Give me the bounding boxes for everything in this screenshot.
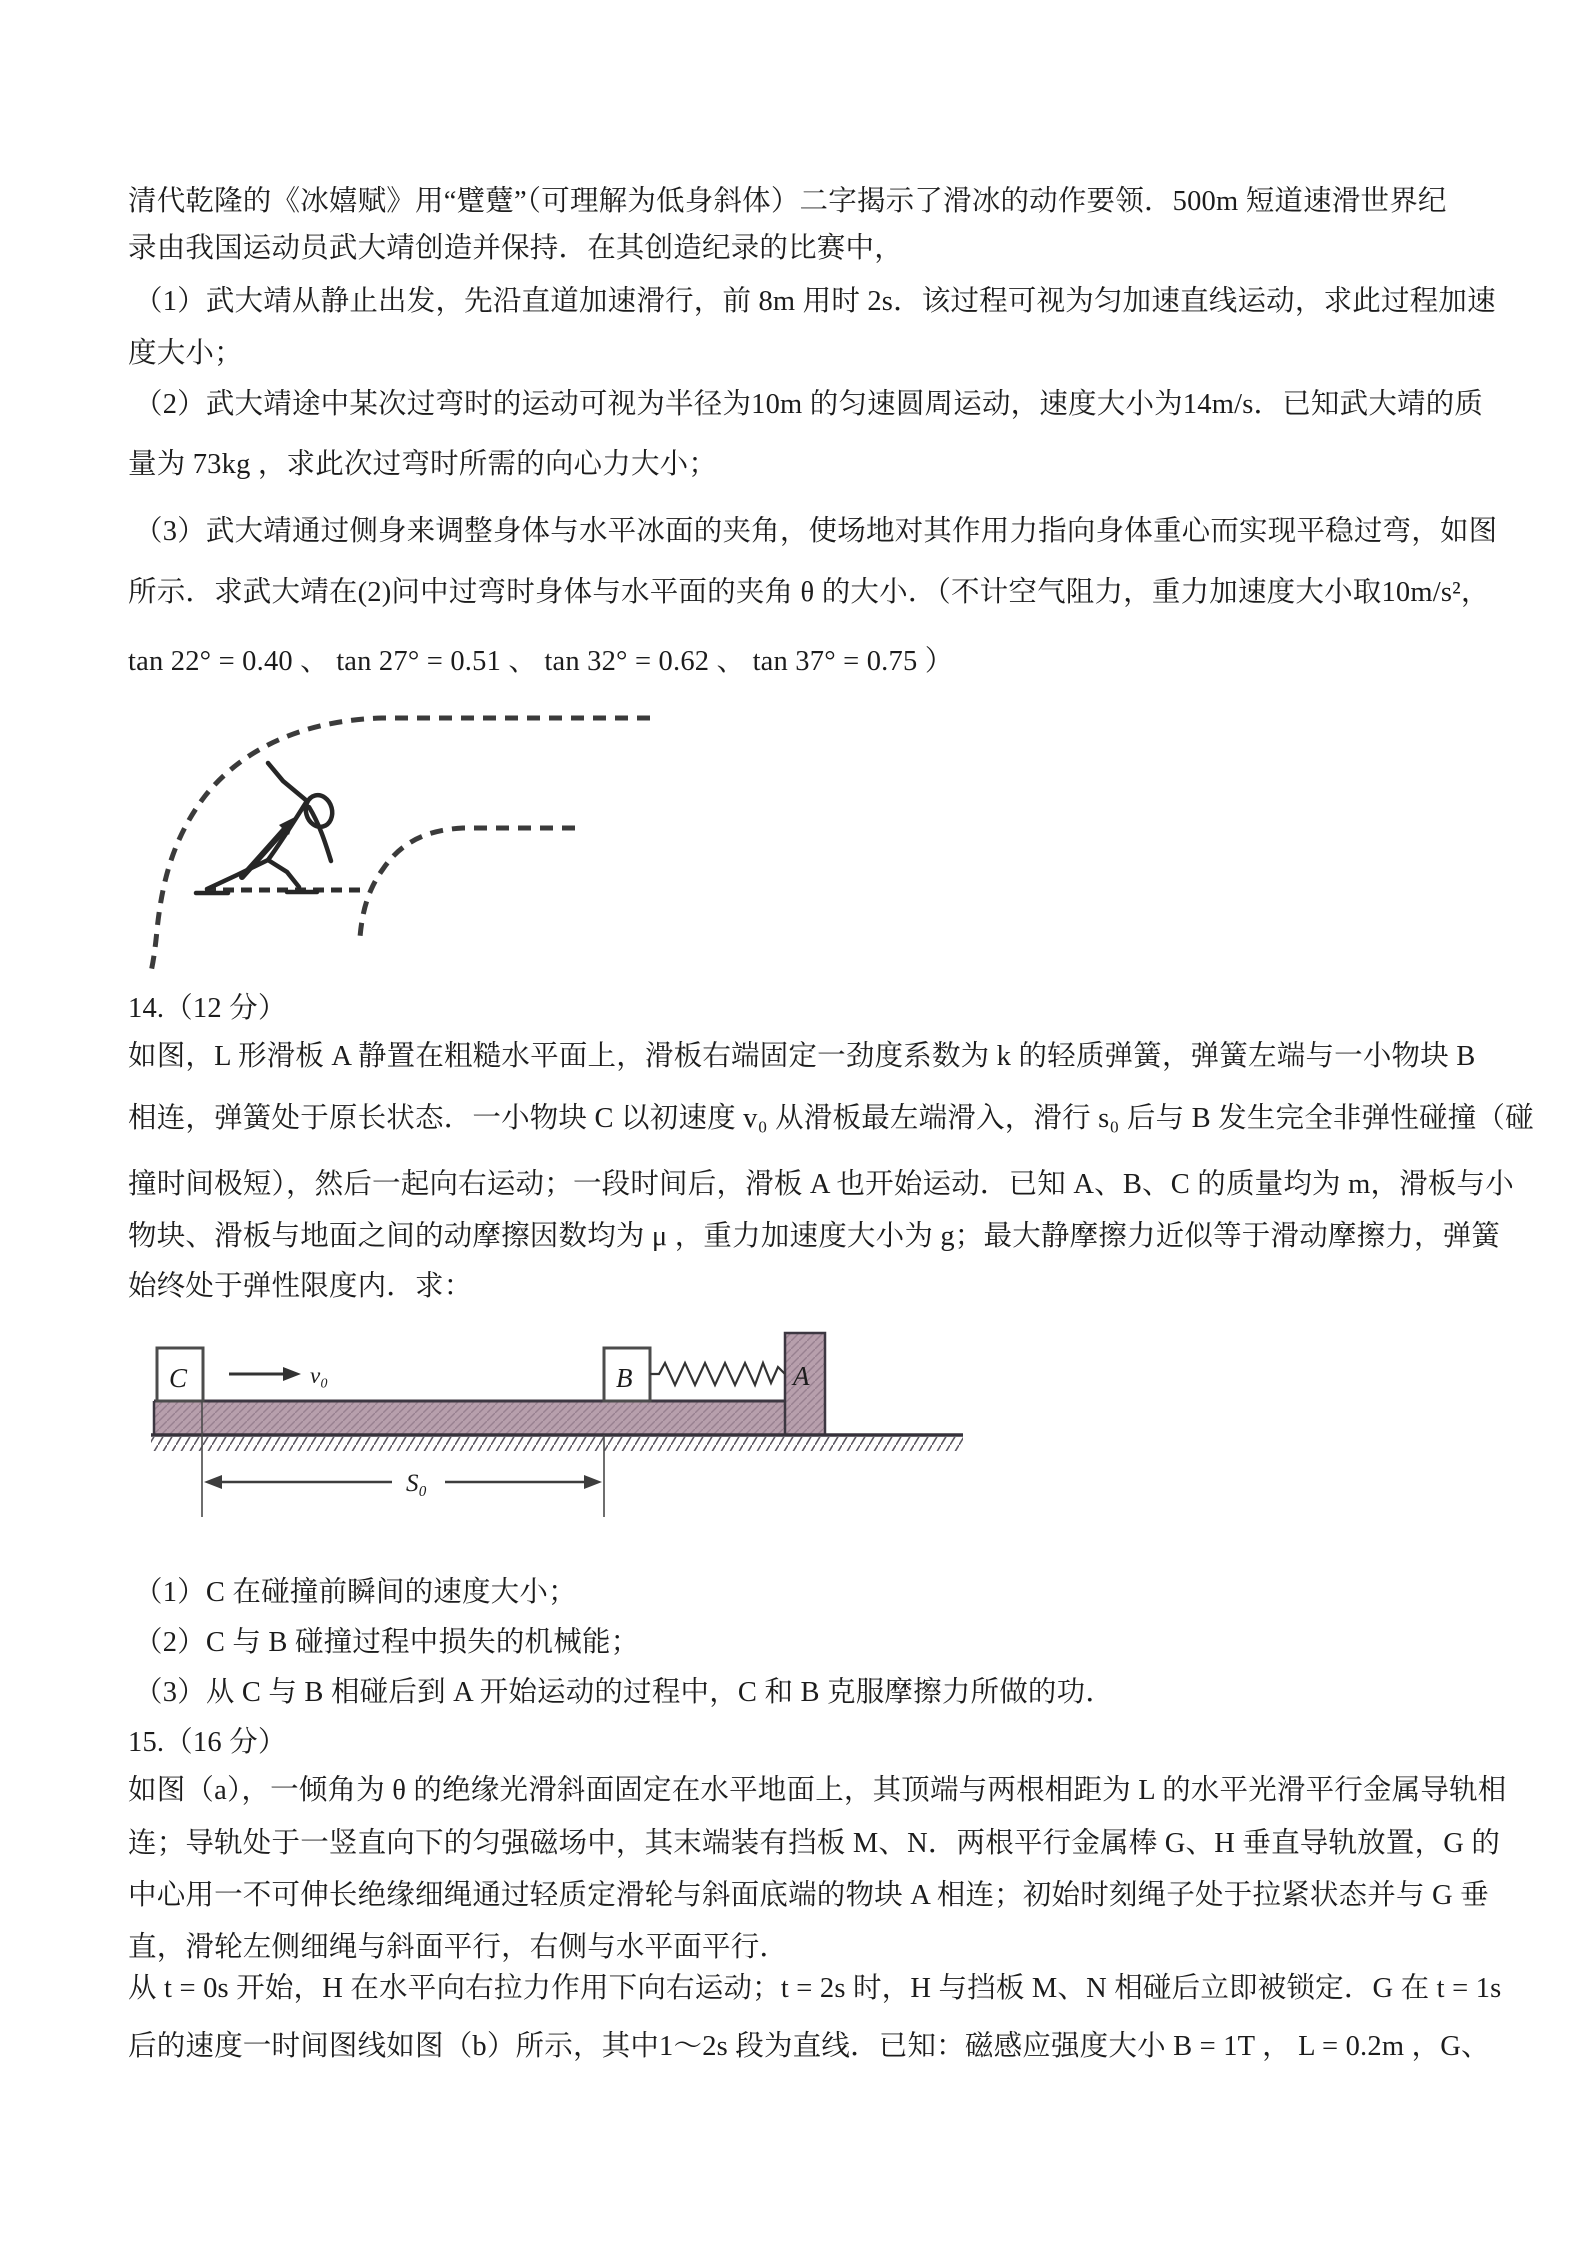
velocity-label: v₀ <box>310 1363 328 1388</box>
skater-right-leg <box>268 860 299 887</box>
figure-slider-spring: C v₀ B A S₀ <box>95 1325 995 1575</box>
q15-body-line-3: 中心用一不可伸长绝缘细绳通过轻质定滑轮与斜面底端的物块 A 相连；初始时刻绳子处… <box>128 1879 1489 1913</box>
q13-part3-line-1: （3）武大靖通过侧身来调整身体与水平冰面的夹角，使场地对其作用力指向身体重心而实… <box>134 515 1497 549</box>
q15-body-line-1: 如图（a），一倾角为 θ 的绝缘光滑斜面固定在水平地面上，其顶端与两根相距为 L… <box>128 1774 1507 1808</box>
spring <box>650 1363 785 1385</box>
skater-lean-arrow-shaft <box>242 830 284 877</box>
q14-body-line-2: 相连，弹簧处于原长状态．一小物块 C 以初速度 v₀ 从滑板最左端滑入，滑行 s… <box>128 1102 1534 1136</box>
q15-body-line-4: 直，滑轮左侧细绳与斜面平行，右侧与水平面平行． <box>128 1931 788 1965</box>
q14-body-line-4: 物块、滑板与地面之间的动摩擦因数均为 μ ，重力加速度大小为 g；最大静摩擦力近… <box>128 1220 1500 1254</box>
q14-body-line-3: 撞时间极短），然后一起向右运动；一段时间后，滑板 A 也开始运动．已知 A、B、… <box>128 1168 1514 1202</box>
q13-part3-line-2: 所示．求武大靖在(2)问中过弯时身体与水平面的夹角 θ 的大小．（不计空气阻力，… <box>128 576 1490 610</box>
q13-part2-line-1: （2）武大靖途中某次过弯时的运动可视为半径为10m 的匀速圆周运动，速度大小为1… <box>134 388 1483 422</box>
q15-heading: 15.（16 分） <box>128 1726 287 1760</box>
q14-part-2: （2）C 与 B 碰撞过程中损失的机械能； <box>134 1626 639 1660</box>
skater-raised-arm <box>268 763 307 801</box>
q13-tan-values-line: tan 22° = 0.40 、 tan 27° = 0.51 、 tan 32… <box>128 645 953 679</box>
q13-part1-line-2: 度大小； <box>128 337 243 371</box>
figure-skating-track <box>88 690 708 990</box>
q13-part1-line-1: （1）武大靖从静止出发，先沿直道加速滑行，前 8m 用时 2s．该过程可视为匀加… <box>134 285 1496 319</box>
q14-body-line-5: 始终处于弹性限度内．求： <box>128 1270 472 1304</box>
block-b-label: B <box>616 1363 633 1393</box>
ground-hatching <box>151 1437 963 1451</box>
q13-intro-line-2: 录由我国运动员武大靖创造并保持．在其创造纪录的比赛中， <box>128 232 903 266</box>
exam-page: 清代乾隆的《冰嬉赋》用“躄躠”（可理解为低身斜体）二字揭示了滑冰的动作要领．50… <box>0 0 1587 2245</box>
q13-part2-line-2: 量为 73kg ，求此次过弯时所需的向心力大小； <box>128 448 717 482</box>
q14-part-3: （3）从 C 与 B 相碰后到 A 开始运动的过程中，C 和 B 克服摩擦力所做… <box>134 1676 1114 1710</box>
skater-front-arm <box>309 807 331 861</box>
q15-body-line-5: 从 t = 0s 开始，H 在水平向右拉力作用下向右运动；t = 2s 时，H … <box>128 1972 1501 2006</box>
s0-arrow-head-left <box>204 1475 222 1489</box>
s0-arrow-head-right <box>584 1475 602 1489</box>
q14-part-1: （1）C 在碰撞前瞬间的速度大小； <box>134 1576 577 1610</box>
skater-left-leg <box>207 860 268 889</box>
s0-label: S₀ <box>406 1470 427 1497</box>
inner-track-dashed-curve <box>360 828 575 937</box>
q14-heading: 14.（12 分） <box>128 992 287 1026</box>
board-a-label: A <box>791 1361 810 1391</box>
q15-body-line-2: 连；导轨处于一竖直向下的匀强磁场中，其末端装有挡板 M、N．两根平行金属棒 G、… <box>128 1827 1500 1861</box>
velocity-arrow-head <box>283 1367 301 1381</box>
q15-body-line-6: 后的速度一时间图线如图（b）所示，其中1～2s 段为直线．已知：磁感应强度大小 … <box>128 2030 1490 2064</box>
board-a-horizontal <box>154 1401 825 1435</box>
q13-intro-line-1: 清代乾隆的《冰嬉赋》用“躄躠”（可理解为低身斜体）二字揭示了滑冰的动作要领．50… <box>128 185 1447 219</box>
block-c-label: C <box>169 1363 188 1393</box>
q14-body-line-1: 如图，L 形滑板 A 静置在粗糙水平面上，滑板右端固定一劲度系数为 k 的轻质弹… <box>128 1040 1475 1074</box>
